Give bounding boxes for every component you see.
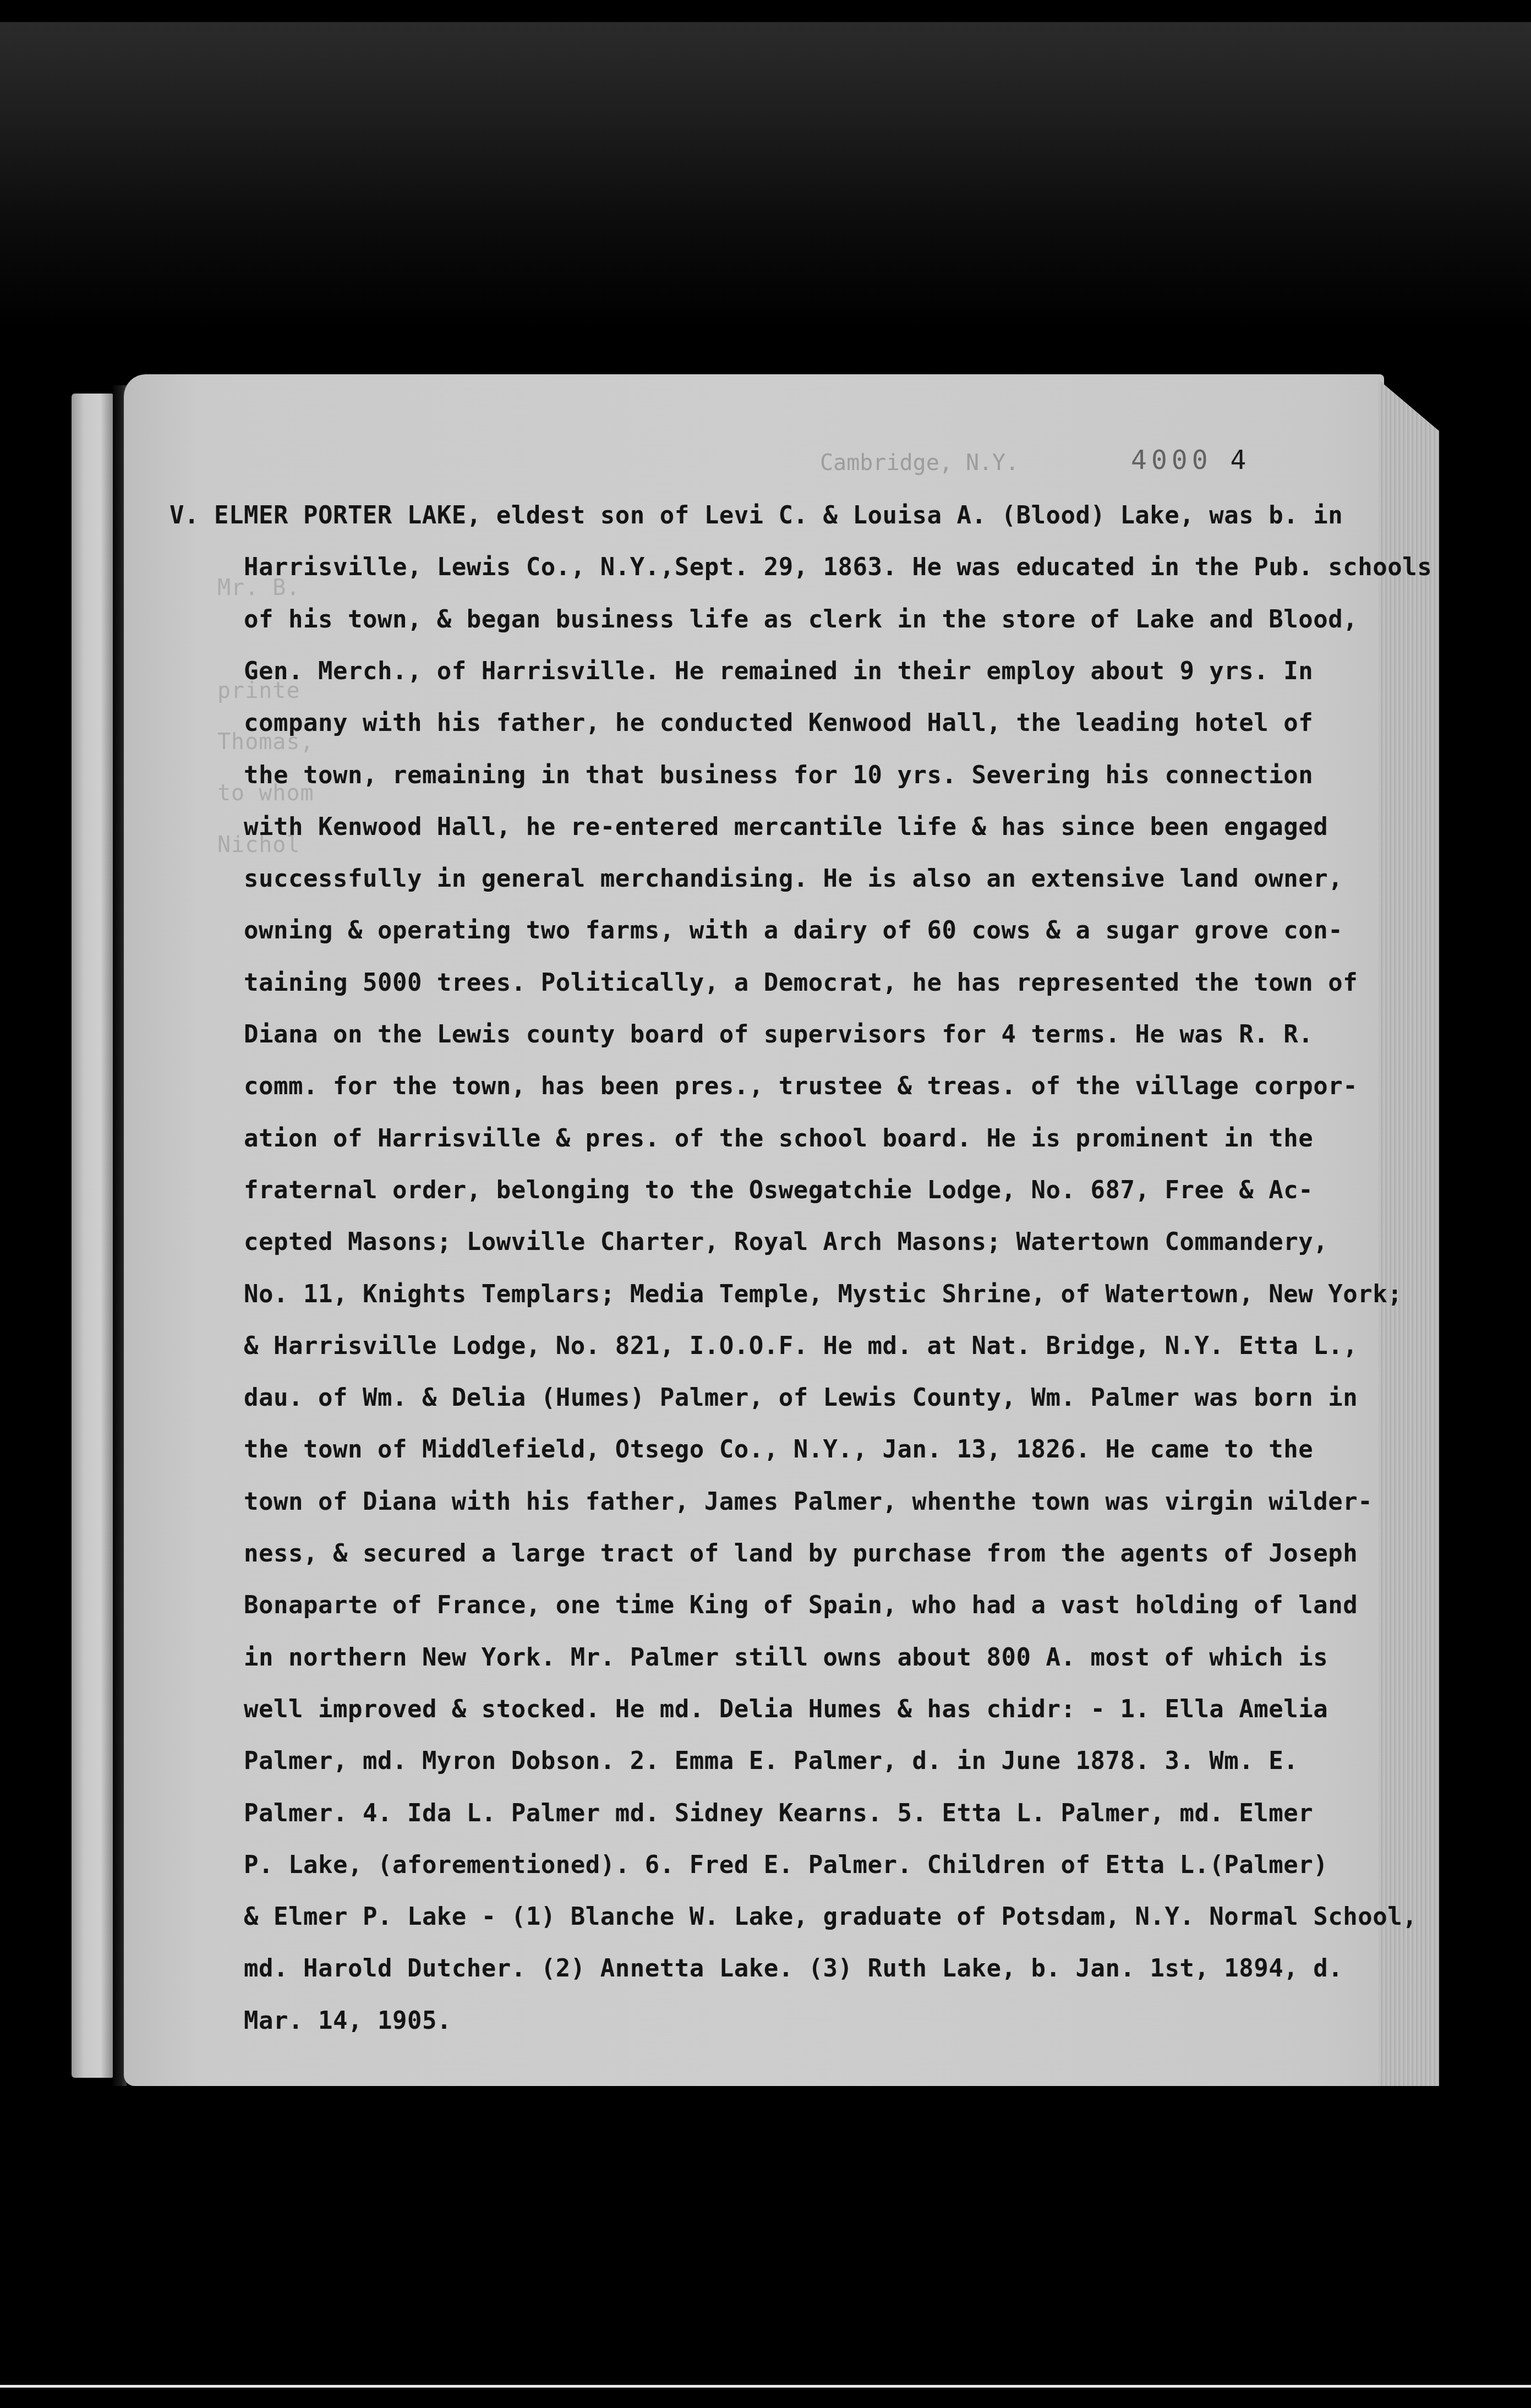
film-frame-bottom-rule	[0, 2385, 1531, 2388]
text-line: ation of Harrisville & pres. of the scho…	[244, 1125, 1313, 1153]
text-line: Bonaparte of France, one time King of Sp…	[244, 1592, 1358, 1619]
text-line: the town, remaining in that business for…	[244, 762, 1313, 789]
text-line: comm. for the town, has been pres., trus…	[244, 1073, 1358, 1100]
text-line: cepted Masons; Lowville Charter, Royal A…	[244, 1228, 1328, 1256]
page-number-stamp: 4000 4	[1131, 445, 1248, 476]
text-line: successfully in general merchandising. H…	[244, 865, 1343, 893]
text-line: ness, & secured a large tract of land by…	[244, 1540, 1358, 1568]
bleed-through-header: Cambridge, N.Y.	[820, 450, 1019, 476]
text-line: of his town, & began business life as cl…	[244, 606, 1358, 634]
text-line: taining 5000 trees. Politically, a Democ…	[244, 969, 1358, 997]
page-number: 4	[1231, 445, 1249, 476]
text-line: well improved & stocked. He md. Delia Hu…	[244, 1696, 1328, 1723]
text-line: with Kenwood Hall, he re-entered mercant…	[244, 813, 1328, 841]
text-line: Diana on the Lewis county board of super…	[244, 1021, 1313, 1049]
text-line: No. 11, Knights Templars; Media Temple, …	[244, 1281, 1402, 1308]
page-stack-edge	[1379, 380, 1439, 2086]
text-line: Gen. Merch., of Harrisville. He remained…	[244, 658, 1313, 685]
film-scan-top-band	[0, 22, 1531, 330]
text-line: P. Lake, (aforementioned). 6. Fred E. Pa…	[244, 1852, 1328, 1879]
text-line: fraternal order, belonging to the Oswega…	[244, 1177, 1313, 1204]
page-stamp-faint: 4000	[1131, 445, 1212, 476]
text-line: & Elmer P. Lake - (1) Blanche W. Lake, g…	[244, 1903, 1417, 1931]
text-line: Mar. 14, 1905.	[244, 2007, 452, 2035]
text-line: & Harrisville Lodge, No. 821, I.O.O.F. H…	[244, 1333, 1358, 1360]
text-line: in northern New York. Mr. Palmer still o…	[244, 1644, 1328, 1672]
text-line: the town of Middlefield, Otsego Co., N.Y…	[244, 1436, 1313, 1464]
text-line: town of Diana with his father, James Pal…	[244, 1488, 1373, 1516]
text-line: Harrisville, Lewis Co., N.Y.,Sept. 29, 1…	[244, 554, 1432, 581]
text-line: Palmer, md. Myron Dobson. 2. Emma E. Pal…	[244, 1748, 1298, 1775]
text-line: company with his father, he conducted Ke…	[244, 709, 1313, 737]
text-line: md. Harold Dutcher. (2) Annetta Lake. (3…	[244, 1955, 1343, 1983]
text-line: V. ELMER PORTER LAKE, eldest son of Levi…	[169, 502, 1343, 529]
text-line: Palmer. 4. Ida L. Palmer md. Sidney Kear…	[244, 1800, 1313, 1827]
text-line: dau. of Wm. & Delia (Humes) Palmer, of L…	[244, 1384, 1358, 1412]
text-line: owning & operating two farms, with a dai…	[244, 917, 1343, 944]
previous-page-edge	[72, 394, 113, 2078]
